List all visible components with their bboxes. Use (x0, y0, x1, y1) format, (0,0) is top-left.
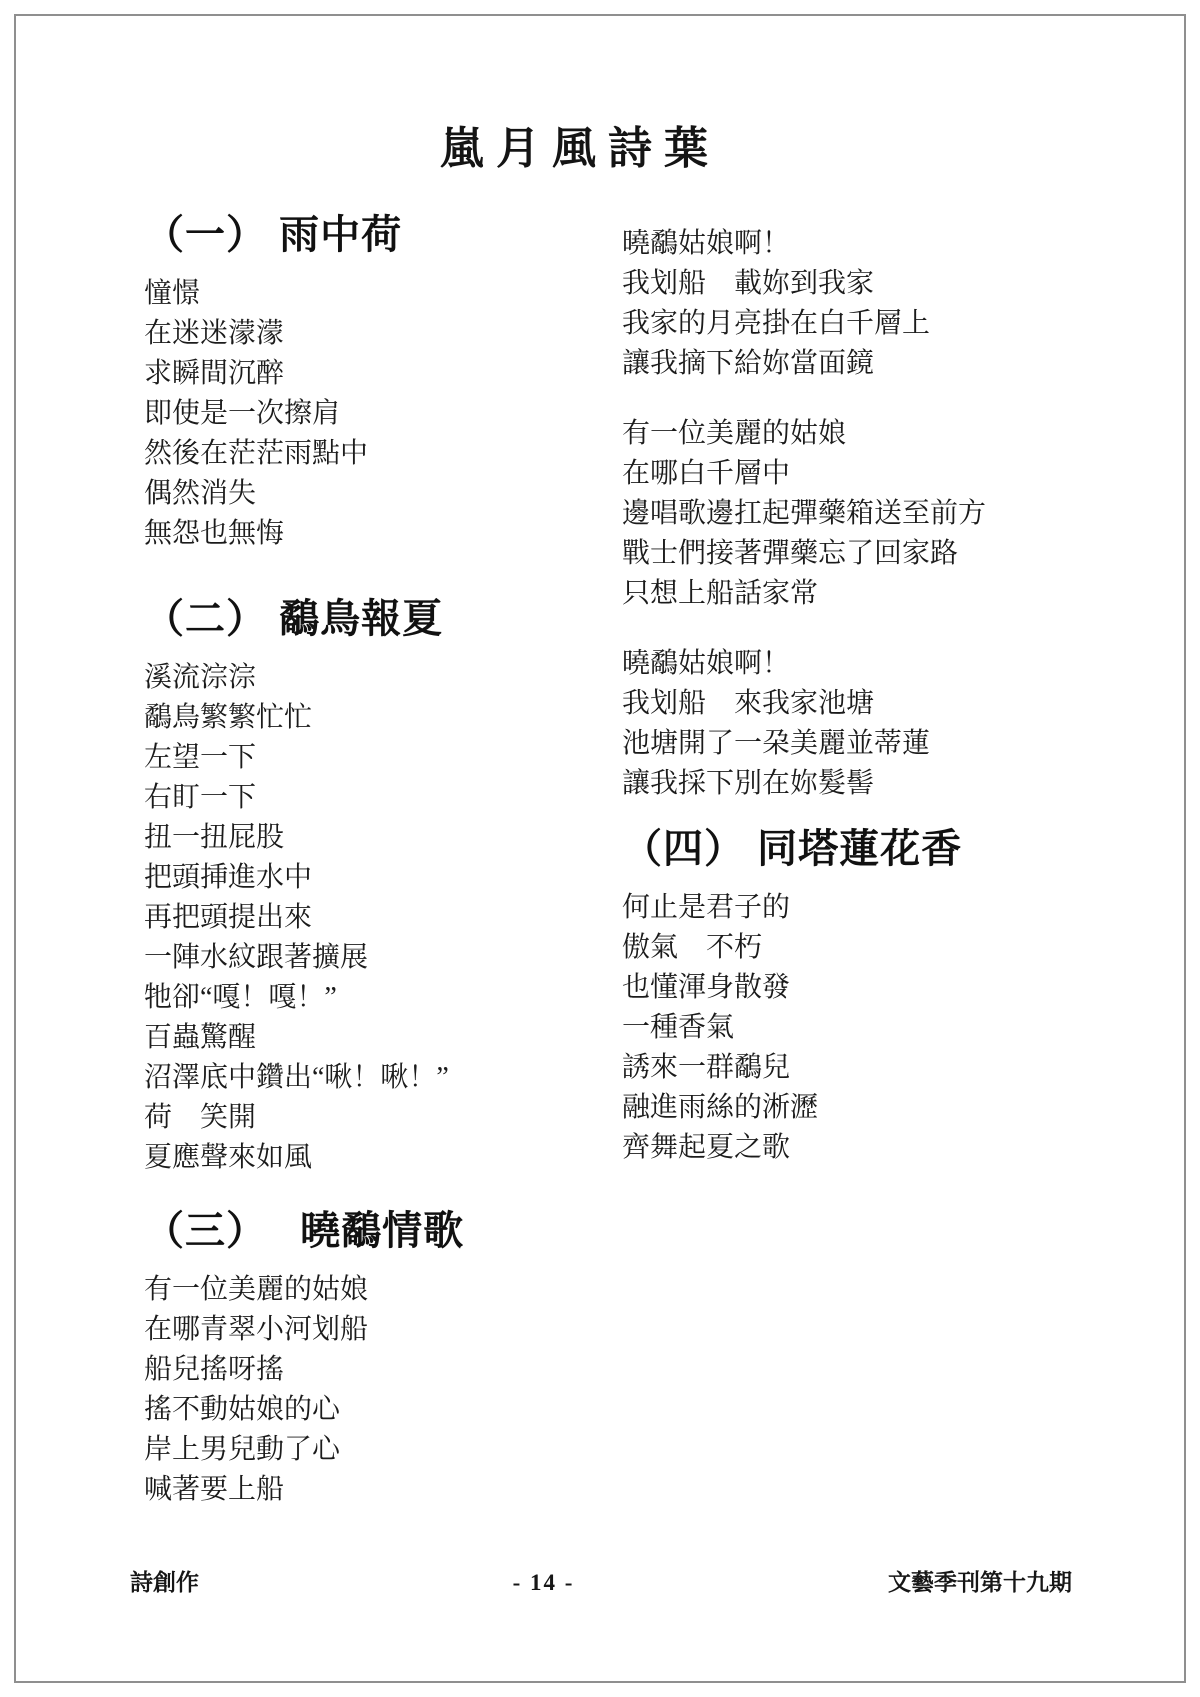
poem-line: 船兒搖呀搖 (144, 1350, 622, 1390)
poem-3-continuation-stanza-1: 曉鷸姑娘啊！ 我划船 載妳到我家 我家的月亮掛在白千層上 讓我摘下給妳當面鏡 (622, 224, 1136, 384)
poem-line: 一陣水紋跟著擴展 (144, 938, 622, 978)
poem-3-section: （三） 曉鷸情歌 有一位美麗的姑娘 在哪青翠小河划船 船兒搖呀搖 搖不動姑娘的心… (144, 1206, 622, 1510)
poem-line: 戰士們接著彈藥忘了回家路 (622, 534, 1136, 574)
poem-line: 沼澤底中鑽出“啾！啾！” (144, 1058, 622, 1098)
poem-line: 把頭挿進水中 (144, 858, 622, 898)
poem-line: 鷸鳥繁繁忙忙 (144, 698, 622, 738)
poem-line: 無怨也無悔 (144, 514, 622, 554)
poem-line: 右盯一下 (144, 778, 622, 818)
poem-line: 一種香氣 (622, 1008, 1136, 1048)
poem-line: 曉鷸姑娘啊！ (622, 644, 1136, 684)
poem-4-heading: （四） 同塔蓮花香 (622, 824, 1136, 874)
footer-section-label: 詩創作 (130, 1564, 199, 1597)
left-column: （一） 雨中荷 憧憬 在迷迷濛濛 求瞬間沉醉 即使是一次擦肩 然後在茫茫雨點中 … (144, 210, 622, 1510)
page-content: （一） 雨中荷 憧憬 在迷迷濛濛 求瞬間沉醉 即使是一次擦肩 然後在茫茫雨點中 … (16, 176, 1184, 1510)
poem-line: 融進雨絲的淅瀝 (622, 1088, 1136, 1128)
poem-line: 齊舞起夏之歌 (622, 1128, 1136, 1168)
poem-line: 曉鷸姑娘啊！ (622, 224, 1136, 264)
poem-4-section: （四） 同塔蓮花香 何止是君子的 傲氣 不朽 也懂渾身散發 一種香氣 誘來一群鷸… (622, 824, 1136, 1168)
poem-line: 在哪青翠小河划船 (144, 1310, 622, 1350)
poem-line: 左望一下 (144, 738, 622, 778)
page-title: 嵐月風詩葉 (16, 112, 1144, 176)
footer-journal-label: 文藝季刊第十九期 (888, 1564, 1072, 1597)
footer-page-number: - 14 - (513, 1570, 575, 1596)
poem-line: 誘來一群鷸兒 (622, 1048, 1136, 1088)
poem-line: 夏應聲來如風 (144, 1138, 622, 1178)
poem-line: 讓我採下別在妳髮髻 (622, 764, 1136, 804)
poem-2-heading: （二） 鷸鳥報夏 (144, 594, 622, 644)
poem-line: 也懂渾身散發 (622, 968, 1136, 1008)
poem-line: 我划船 來我家池塘 (622, 684, 1136, 724)
poem-line: 何止是君子的 (622, 888, 1136, 928)
poem-line: 再把頭提出來 (144, 898, 622, 938)
poem-line: 搖不動姑娘的心 (144, 1390, 622, 1430)
poem-line: 荷 笑開 (144, 1098, 622, 1138)
poem-line: 有一位美麗的姑娘 (144, 1270, 622, 1310)
poem-line: 邊唱歌邊扛起彈藥箱送至前方 (622, 494, 1136, 534)
poem-line: 傲氣 不朽 (622, 928, 1136, 968)
page-footer: 詩創作 - 14 - 文藝季刊第十九期 (130, 1564, 1072, 1597)
page-frame: 嵐月風詩葉 （一） 雨中荷 憧憬 在迷迷濛濛 求瞬間沉醉 即使是一次擦肩 然後在… (14, 14, 1186, 1683)
poem-3-continuation-stanza-2: 有一位美麗的姑娘 在哪白千層中 邊唱歌邊扛起彈藥箱送至前方 戰士們接著彈藥忘了回… (622, 414, 1136, 614)
poem-line: 求瞬間沉醉 (144, 354, 622, 394)
poem-line: 池塘開了一朶美麗並蒂蓮 (622, 724, 1136, 764)
poem-3-heading: （三） 曉鷸情歌 (144, 1206, 622, 1256)
poem-line: 在迷迷濛濛 (144, 314, 622, 354)
poem-line: 有一位美麗的姑娘 (622, 414, 1136, 454)
poem-line: 我家的月亮掛在白千層上 (622, 304, 1136, 344)
poem-line: 溪流淙淙 (144, 658, 622, 698)
poem-line: 只想上船話家常 (622, 574, 1136, 614)
poem-line: 然後在茫茫雨點中 (144, 434, 622, 474)
poem-line: 岸上男兒動了心 (144, 1430, 622, 1470)
poem-line: 百蟲驚醒 (144, 1018, 622, 1058)
poem-line: 扭一扭屁股 (144, 818, 622, 858)
poem-line: 憧憬 (144, 274, 622, 314)
poem-2-section: （二） 鷸鳥報夏 溪流淙淙 鷸鳥繁繁忙忙 左望一下 右盯一下 扭一扭屁股 把頭挿… (144, 594, 622, 1178)
poem-line: 喊著要上船 (144, 1470, 622, 1510)
poem-1-heading: （一） 雨中荷 (144, 210, 622, 260)
poem-line: 在哪白千層中 (622, 454, 1136, 494)
right-column: 曉鷸姑娘啊！ 我划船 載妳到我家 我家的月亮掛在白千層上 讓我摘下給妳當面鏡 有… (622, 210, 1136, 1510)
poem-line: 偶然消失 (144, 474, 622, 514)
poem-3-continuation-stanza-3: 曉鷸姑娘啊！ 我划船 來我家池塘 池塘開了一朶美麗並蒂蓮 讓我採下別在妳髮髻 (622, 644, 1136, 804)
poem-line: 即使是一次擦肩 (144, 394, 622, 434)
poem-line: 我划船 載妳到我家 (622, 264, 1136, 304)
poem-1-section: （一） 雨中荷 憧憬 在迷迷濛濛 求瞬間沉醉 即使是一次擦肩 然後在茫茫雨點中 … (144, 210, 622, 554)
poem-line: 讓我摘下給妳當面鏡 (622, 344, 1136, 384)
poem-line: 牠卻“嘎！嘎！” (144, 978, 622, 1018)
